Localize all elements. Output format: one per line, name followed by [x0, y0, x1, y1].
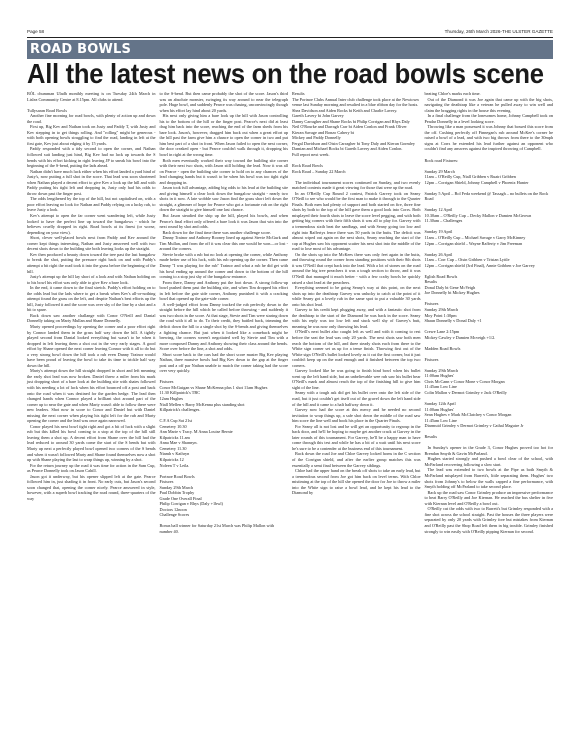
paragraph: O'Neill's next bullet also caught left a…: [292, 329, 421, 368]
paragraph: Jason got it underway, but his opener sl…: [27, 474, 156, 502]
paragraph: For Seany all is not lost and he will ge…: [292, 424, 421, 452]
paragraph: From there, Danny and Anthony put the fo…: [160, 280, 289, 302]
list-line: Killpatrick's challenges.: [160, 407, 289, 413]
page-header: Page 58 Thursday, 26th March 2026-THE UL…: [27, 28, 553, 38]
paragraph: Hughes started strongly and pushed a bow…: [425, 456, 554, 467]
madden-group: Results: [425, 434, 554, 440]
paragraph: A well-judged effort from Danny tracked …: [160, 302, 289, 352]
list-line: 11.30am – Challenges: [425, 218, 554, 224]
portnoe-list: Portnoe Road BowlsFixturesSunday 29th Ma…: [160, 474, 289, 518]
list-line: Noleen T v Leila.: [160, 463, 289, 469]
list-line: Results: [425, 434, 554, 440]
results-list: ResultsThe Portnoe Clubs Annual Inter cl…: [292, 91, 421, 158]
paragraph: Paddy responded with a tidy second to op…: [27, 146, 156, 168]
paragraph: Back up the road saw Conor Grimley produ…: [425, 490, 554, 507]
madden-group: Sunday 29th March11:00am Hughes'Chris Mc…: [425, 368, 554, 396]
paragraph: Conor played his next bowl tight right a…: [27, 424, 156, 463]
paragraph: Marty's attempt down the hill straight d…: [27, 368, 156, 423]
bonus-ball-note: Bonus ball winner for Saturday 21st Marc…: [160, 523, 289, 534]
paragraph: to the S-bend. But then came probably th…: [160, 91, 289, 113]
paragraph: Throwing like a man possessed it was Joh…: [425, 124, 554, 152]
list-line: Fixtures: [425, 357, 554, 363]
paragraph: But Jason steadied the ship up the hill,…: [160, 213, 289, 230]
section-title: ROAD BOWLS: [27, 42, 131, 57]
column-1: BÓL chumman Uladh monthly meeting is on …: [27, 91, 156, 535]
paragraph: The odds lengthened by the top of the hi…: [27, 196, 156, 213]
eglish-group: Crewe Lane 2:15pmMickey Cawley v Damien …: [425, 329, 554, 340]
paragraph: Another fine morning for road bowls, wit…: [27, 113, 156, 124]
rock-fixtures-group: Sunday 12 April10.30am – O'Reilly Cup – …: [425, 207, 554, 224]
rock-fixtures-group: Sunday 29 March11am – O'Reilly Cup, Nial…: [425, 169, 554, 186]
paragraph: Seany with a tough ask did get his bulle…: [292, 390, 421, 407]
paragraph: Jason took full advantage, adding big od…: [160, 185, 289, 213]
rock-road-report: The individual tournament scores continu…: [292, 180, 421, 496]
rock-fixtures-group: Sunday 5 April – Bol Feda weekend @ Tass…: [425, 191, 554, 202]
column-3: ResultsThe Portnoe Clubs Annual Inter cl…: [292, 91, 421, 535]
madden-group: Sunday 12th April11:00am Hughes'Sean Hug…: [425, 401, 554, 429]
paragraph: Garvey now had the score at this mercy a…: [292, 407, 421, 424]
paragraph: Stevie broke with a rub but no look at o…: [160, 252, 289, 280]
paragraph: Marty opened proceedings by opening the …: [27, 324, 156, 368]
paragraph: His next only giving him a bare look up …: [160, 113, 289, 157]
rock-fixtures-group: Sunday 26 April11am – Corr Cup – Oisin G…: [425, 252, 554, 269]
list-line: 12pm – Corrigan shield – Wayne Rafferty …: [425, 241, 554, 247]
list-line: Joe Donnelly bt Mickey Hughes: [425, 290, 554, 296]
paragraph: Nathan didn't have much luck either when…: [27, 169, 156, 197]
paragraph: In Sunday's opener in the Grade 3, Conor…: [425, 445, 554, 456]
paragraph: Back down the road Joe and Chloe Garvey …: [292, 451, 421, 468]
list-line: Challenge Scores: [160, 512, 289, 518]
result-line: The Portnoe Clubs Annual Inter club chal…: [292, 97, 421, 108]
paragraph: Justy's attempt up the hill lay short of…: [27, 274, 156, 285]
paragraph: Short score back to the cars had the sho…: [160, 352, 289, 374]
section-banner: ROAD BOWLS: [27, 40, 553, 59]
paragraph: BÓL chumman Uladh monthly meeting is on …: [27, 91, 156, 102]
paragraph: Back down saw another challange with Con…: [27, 313, 156, 324]
paragraph: The lead was extended to two bowls at th…: [425, 467, 554, 489]
paragraph: Chloe had the upper hand on the break of…: [292, 468, 421, 496]
fixtures-1-list: FixturesConor McGuigan vs Shane McKenna …: [160, 379, 289, 412]
list-line: 12pm – Corrigan shield (3rd Final), Anni…: [425, 263, 554, 269]
madden-group: Madden Road Bowls: [425, 346, 554, 352]
paragraph: Both men eventually worked their way tow…: [160, 158, 289, 186]
paragraph: In the end, it came down to the final st…: [27, 285, 156, 313]
list-line: Colin Mallon v Dermot Grimley v Jack O'R…: [425, 390, 554, 396]
eglish-group: FixturesSunday 29th MarchMoy Point 1:30p…: [425, 301, 554, 323]
heading-line: Rock Road – Sunday 22 March: [292, 169, 421, 175]
list-line: Rock road Fixtures:: [425, 158, 554, 164]
column-2: to the S-bend. But then came probably th…: [160, 91, 289, 535]
paragraph: For the return journey up the road it wa…: [27, 463, 156, 474]
paragraph: In an O'Reilly Cup Round 2 contest, Patr…: [292, 191, 421, 252]
article-columns: BÓL chumman Uladh monthly meeting is on …: [27, 91, 553, 535]
eglish-group: Eglish Road BowlsResultsDonal Daly bt Ge…: [425, 274, 554, 296]
list-line: 12pm – Corrigan Shield, Johnny Campbell …: [425, 180, 554, 186]
paragraph: Everything seemed to be going Seany's wa…: [292, 285, 421, 307]
paragraph: Garvey to his credit kept plugging away,…: [292, 307, 421, 329]
page-number: Page 58: [27, 28, 44, 36]
paragraph: O'Reilly cut the odds with two to Barret…: [425, 506, 554, 534]
paragraph: Out of the Diamond it was Joe again that…: [425, 97, 554, 114]
rock-fixtures-group: Rock road Fixtures:: [425, 158, 554, 164]
list-line: Diarmuid Grimley v Dermot Grimley v Cath…: [425, 423, 554, 429]
paragraph: On the shots up into the McKees there wa…: [292, 252, 421, 285]
result-line: Neil O'Rourke and Darragh Carr bt Aiden …: [292, 124, 421, 130]
list-line: Madden Road Bowls: [425, 346, 554, 352]
bonus-ball-text: Bonus ball winner for Saturday 21st Marc…: [160, 523, 289, 534]
paragraph: First up, Big Kev and Nathan took on Jus…: [27, 124, 156, 146]
list-line: Shaun Donnelly v Donal Daly +1: [425, 318, 554, 324]
paragraph: Garvey looked like he was going to finis…: [292, 368, 421, 390]
paragraph: Kev then produced a beauty down toward t…: [27, 252, 156, 274]
paragraph: The individual tournament scores continu…: [292, 180, 421, 191]
list-line: Sunday 5 April – Bol Feda weekend @ Tass…: [425, 191, 554, 202]
paragraph: Danny Trainor and Anthony Rooney lined u…: [160, 235, 289, 252]
rock-road-heading: Rock Road BowlsRock Road – Sunday 22 Mar…: [292, 163, 421, 174]
madden-report: In Sunday's opener in the Grade 3, Conor…: [425, 445, 554, 534]
page-headline: All the latest news on the road bowls sc…: [27, 59, 516, 89]
rock-fixtures-group: Sunday 19 April11am – O'Reilly Cup – Mic…: [425, 229, 554, 246]
dateline: Thursday, 26th March 2026-THE ULSTER GAZ…: [445, 28, 553, 36]
result-line: Full report next week.: [292, 152, 421, 158]
column-4: beating Chloe's marks each time.Out of t…: [425, 91, 554, 535]
gaa-cup-list: C.F.A Cup Sat 21stCemetery 10.30Ann Mari…: [160, 418, 289, 468]
madden-group: Fixtures: [425, 357, 554, 363]
list-line: Mickey Cawley v Damien Mcveigh +1/2.: [425, 335, 554, 341]
paragraph: Short, clever well-placed bowls next fro…: [27, 235, 156, 252]
paragraph: In a final challenge from the lonesomes …: [425, 113, 554, 124]
paragraph: Kev's attempt to open the far corner wen…: [27, 213, 156, 235]
